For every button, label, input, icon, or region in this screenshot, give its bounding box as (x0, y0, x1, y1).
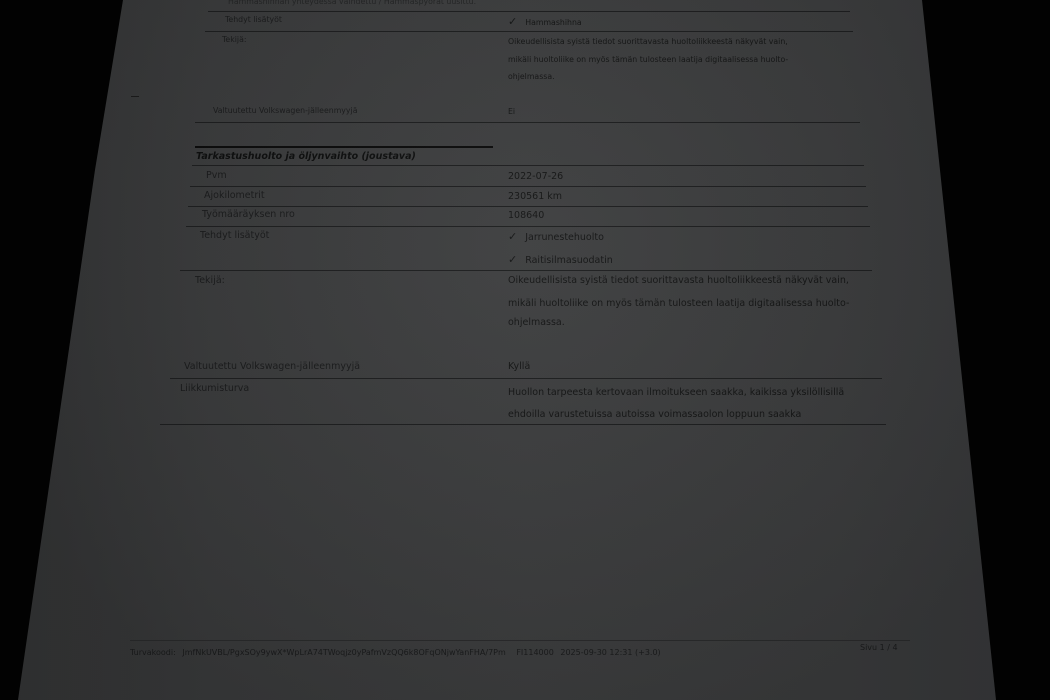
mileage-value: 230561 km (508, 191, 562, 202)
authorized-dealer-value: Kyllä (508, 361, 530, 372)
extra-work-label: Tehdyt lisätyöt (200, 230, 269, 241)
performer-line-2: mikäli huoltoliike on myös tämän tuloste… (508, 298, 849, 309)
photo-scene: Hammashihnan yhteydessä vaihdettu / Hamm… (0, 0, 1050, 700)
extra-work-item: ✓Raitisilmasuodatin (508, 253, 613, 266)
security-code: JmfNkUVBL/PgxSOy9ywX*WpLrA74TWoqjz0yPafm… (182, 648, 505, 657)
divider (195, 122, 860, 123)
divider (186, 226, 870, 227)
work-order-label: Työmääräyksen nro (202, 209, 295, 220)
footer-divider (130, 640, 910, 641)
cut-off-line: Hammashihnan yhteydessä vaihdettu / Hamm… (228, 0, 476, 6)
prev-performer-line-1: Oikeudellisista syistä tiedot suorittava… (508, 37, 788, 46)
extra-work-item: ✓Jarrunestehuolto (508, 230, 604, 243)
divider (160, 424, 886, 425)
divider (208, 11, 850, 12)
dealer-code: FI114000 (516, 648, 554, 657)
date-value: 2022-07-26 (508, 171, 563, 182)
divider (170, 378, 882, 379)
page-number: Sivu 1 / 4 (860, 643, 898, 652)
checkmark-icon: ✓ (508, 253, 517, 266)
divider (205, 31, 853, 32)
performer-line-1: Oikeudellisista syistä tiedot suorittava… (508, 275, 849, 286)
divider (180, 270, 872, 271)
authorized-dealer-label: Valtuutettu Volkswagen-jälleenmyyjä (184, 361, 360, 372)
prev-extra-work-label: Tehdyt lisätyöt (225, 15, 282, 24)
divider (188, 206, 868, 207)
prev-extra-work-item: ✓Hammashihna (508, 15, 582, 28)
security-code-label: Turvakoodi: (130, 648, 176, 657)
performer-line-3: ohjelmassa. (508, 317, 565, 328)
prev-performer-line-3: ohjelmassa. (508, 72, 555, 81)
mileage-label: Ajokilometrit (204, 190, 265, 201)
section-heading: Tarkastushuolto ja öljynvaihto (joustava… (196, 151, 416, 162)
work-order-value: 108640 (508, 210, 544, 221)
performer-label: Tekijä: (195, 275, 225, 286)
footer-security: Turvakoodi: JmfNkUVBL/PgxSOy9ywX*WpLrA74… (130, 648, 661, 657)
section-heading-bar (195, 146, 493, 148)
prev-authorized-dealer-value: Ei (508, 107, 515, 116)
divider (192, 165, 864, 166)
mobility-line-2: ehdoilla varustetuissa autoissa voimassa… (508, 409, 801, 420)
scratch-mark (131, 96, 139, 97)
checkmark-icon: ✓ (508, 15, 517, 28)
mobility-label: Liikkumisturva (180, 383, 249, 394)
printed-at: 2025-09-30 12:31 (+3.0) (560, 648, 660, 657)
divider (190, 186, 866, 187)
prev-authorized-dealer-label: Valtuutettu Volkswagen-jälleenmyyjä (213, 106, 357, 115)
prev-performer-label: Tekijä: (222, 35, 247, 44)
date-label: Pvm (206, 170, 227, 181)
checkmark-icon: ✓ (508, 230, 517, 243)
mobility-line-1: Huollon tarpeesta kertovaan ilmoitukseen… (508, 387, 844, 398)
service-history-document: Hammashihnan yhteydessä vaihdettu / Hamm… (0, 0, 1050, 700)
prev-performer-line-2: mikäli huoltoliike on myös tämän tuloste… (508, 55, 788, 64)
paper-sheet: Hammashihnan yhteydessä vaihdettu / Hamm… (0, 0, 1050, 700)
